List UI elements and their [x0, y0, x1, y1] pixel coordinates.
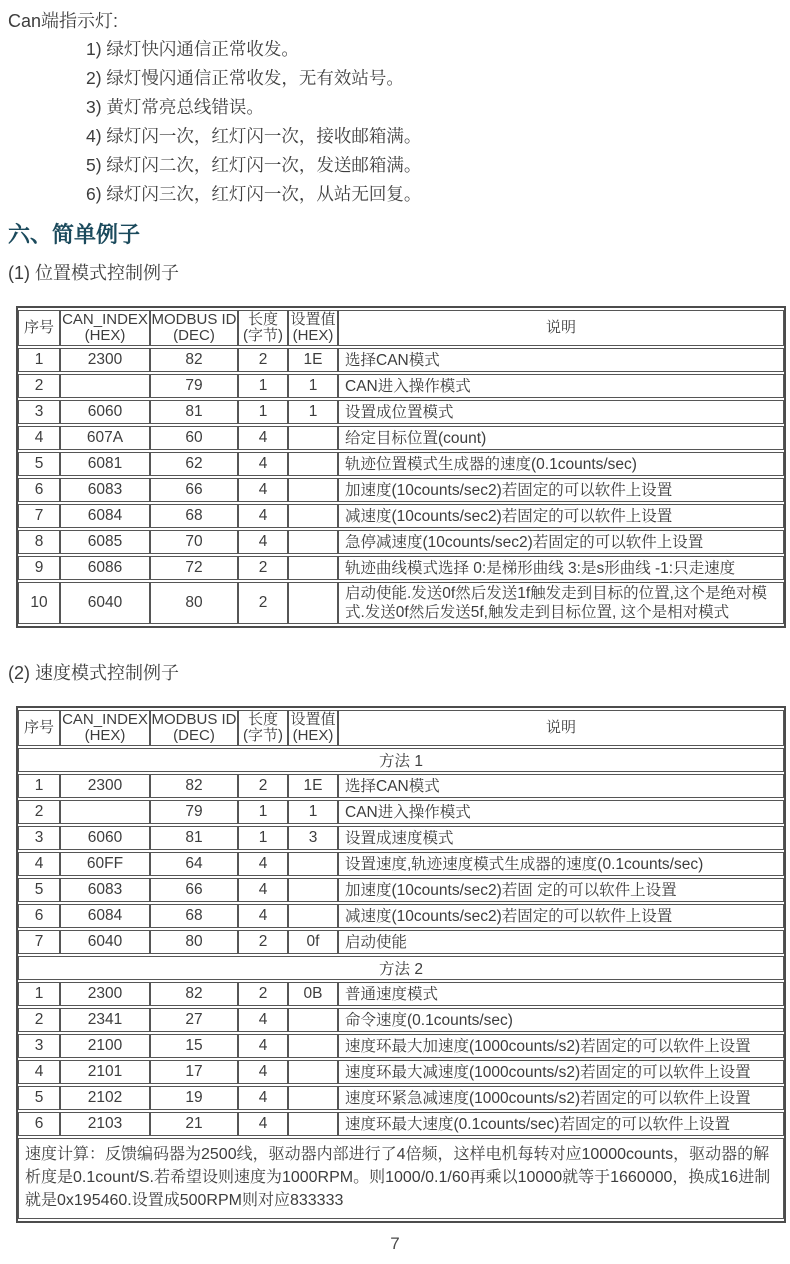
value-cell: [288, 1086, 338, 1110]
value-cell: 10: [18, 582, 60, 624]
value-cell: 2300: [60, 774, 150, 798]
description-cell: 减速度(10counts/sec2)若固定的可以软件上设置: [338, 904, 784, 928]
description-cell: 设置速度,轨迹速度模式生成器的速度(0.1counts/sec): [338, 852, 784, 876]
value-cell: 3: [288, 826, 338, 850]
value-cell: 81: [150, 826, 238, 850]
table-row: 460FF644设置速度,轨迹速度模式生成器的速度(0.1counts/sec): [18, 852, 784, 876]
table-row: 123008220B普通速度模式: [18, 982, 784, 1006]
col-header-modbus-id: MODBUS ID(DEC): [150, 310, 238, 346]
table-header-row: 序号 CAN_INDEX(HEX) MODBUS ID(DEC) 长度(字节) …: [18, 710, 784, 746]
value-cell: 1: [18, 982, 60, 1006]
value-cell: 1: [18, 348, 60, 372]
value-cell: 79: [150, 800, 238, 824]
value-cell: 2: [238, 774, 288, 798]
value-cell: 4: [238, 530, 288, 554]
value-cell: 2300: [60, 982, 150, 1006]
can-indicator-title: Can端指示灯:: [8, 7, 790, 35]
table-row: 123008221E选择CAN模式: [18, 348, 784, 372]
table-row: 62103214速度环最大速度(0.1counts/sec)若固定的可以软件上设…: [18, 1112, 784, 1136]
value-cell: [288, 530, 338, 554]
value-cell: 2: [18, 1008, 60, 1032]
value-cell: 6060: [60, 400, 150, 424]
table-row: 76084684减速度(10counts/sec2)若固定的可以软件上设置: [18, 504, 784, 528]
value-cell: 1: [238, 374, 288, 398]
value-cell: [288, 1008, 338, 1032]
table-row: 66083664加速度(10counts/sec2)若固定的可以软件上设置: [18, 478, 784, 502]
col-header-description: 说明: [338, 710, 784, 746]
method-row: 方法 1: [18, 748, 784, 772]
description-cell: 设置成速度模式: [338, 826, 784, 850]
value-cell: 62: [150, 452, 238, 476]
value-cell: 3: [18, 400, 60, 424]
col-header-description: 说明: [338, 310, 784, 346]
value-cell: [288, 582, 338, 624]
value-cell: 4: [18, 426, 60, 450]
value-cell: [60, 800, 150, 824]
col-header-set-value: 设置值(HEX): [288, 710, 338, 746]
value-cell: 6: [18, 904, 60, 928]
value-cell: 68: [150, 504, 238, 528]
value-cell: 4: [238, 1008, 288, 1032]
value-cell: 607A: [60, 426, 150, 450]
description-cell: 命令速度(0.1counts/sec): [338, 1008, 784, 1032]
value-cell: 4: [18, 1060, 60, 1084]
value-cell: 6083: [60, 878, 150, 902]
value-cell: [288, 426, 338, 450]
col-header-set-value: 设置值(HEX): [288, 310, 338, 346]
can-indicator-section: Can端指示灯: 1) 绿灯快闪通信正常收发。 2) 绿灯慢闪通信正常收发，无有…: [0, 0, 790, 209]
value-cell: 2341: [60, 1008, 150, 1032]
list-item: 3) 黄灯常亮总线错误。: [86, 93, 790, 122]
value-cell: 2: [238, 930, 288, 954]
value-cell: 4: [238, 452, 288, 476]
value-cell: 6040: [60, 582, 150, 624]
table-row: 66084684减速度(10counts/sec2)若固定的可以软件上设置: [18, 904, 784, 928]
value-cell: 60FF: [60, 852, 150, 876]
value-cell: 4: [238, 426, 288, 450]
table-row: 27911CAN进入操作模式: [18, 374, 784, 398]
value-cell: 70: [150, 530, 238, 554]
value-cell: 82: [150, 774, 238, 798]
description-cell: 轨迹曲线模式选择 0:是梯形曲线 3:是s形曲线 -1:只走速度: [338, 556, 784, 580]
table-row: 360608111设置成位置模式: [18, 400, 784, 424]
value-cell: 0B: [288, 982, 338, 1006]
value-cell: [288, 1060, 338, 1084]
value-cell: 6: [18, 1112, 60, 1136]
value-cell: 2102: [60, 1086, 150, 1110]
value-cell: [288, 878, 338, 902]
value-cell: 6085: [60, 530, 150, 554]
value-cell: 2: [18, 800, 60, 824]
value-cell: 64: [150, 852, 238, 876]
table-row: 760408020f启动使能: [18, 930, 784, 954]
speed-example-table: 序号 CAN_INDEX(HEX) MODBUS ID(DEC) 长度(字节) …: [16, 706, 786, 1223]
value-cell: 2: [18, 374, 60, 398]
table-row: 27911CAN进入操作模式: [18, 800, 784, 824]
value-cell: 68: [150, 904, 238, 928]
value-cell: 82: [150, 982, 238, 1006]
value-cell: 1: [18, 774, 60, 798]
value-cell: 1E: [288, 774, 338, 798]
document-page: Can端指示灯: 1) 绿灯快闪通信正常收发。 2) 绿灯慢闪通信正常收发，无有…: [0, 0, 790, 1264]
value-cell: 2300: [60, 348, 150, 372]
value-cell: 0f: [288, 930, 338, 954]
value-cell: 8: [18, 530, 60, 554]
value-cell: [288, 852, 338, 876]
list-item: 4) 绿灯闪一次，红灯闪一次，接收邮箱满。: [86, 122, 790, 151]
value-cell: 27: [150, 1008, 238, 1032]
table-row: 32100154速度环最大加速度(1000counts/s2)若固定的可以软件上…: [18, 1034, 784, 1058]
value-cell: 1: [238, 400, 288, 424]
table-row: 22341274命令速度(0.1counts/sec): [18, 1008, 784, 1032]
value-cell: [60, 374, 150, 398]
value-cell: 4: [238, 852, 288, 876]
value-cell: 6083: [60, 478, 150, 502]
value-cell: 6084: [60, 504, 150, 528]
value-cell: 2: [238, 556, 288, 580]
value-cell: 6040: [60, 930, 150, 954]
value-cell: 21: [150, 1112, 238, 1136]
description-cell: 速度环最大速度(0.1counts/sec)若固定的可以软件上设置: [338, 1112, 784, 1136]
value-cell: 1: [238, 800, 288, 824]
description-cell: 急停减速度(10counts/sec2)若固定的可以软件上设置: [338, 530, 784, 554]
value-cell: [288, 452, 338, 476]
description-cell: 速度环最大减速度(1000counts/s2)若固定的可以软件上设置: [338, 1060, 784, 1084]
example2-title: (2) 速度模式控制例子: [8, 661, 790, 685]
description-cell: 选择CAN模式: [338, 348, 784, 372]
value-cell: 60: [150, 426, 238, 450]
page-number: 7: [0, 1234, 790, 1254]
value-cell: 66: [150, 878, 238, 902]
value-cell: 72: [150, 556, 238, 580]
value-cell: 80: [150, 582, 238, 624]
position-example-table: 序号 CAN_INDEX(HEX) MODBUS ID(DEC) 长度(字节) …: [16, 306, 786, 628]
value-cell: 4: [238, 1034, 288, 1058]
value-cell: 1: [288, 374, 338, 398]
description-cell: 加速度(10counts/sec2)若固 定的可以软件上设置: [338, 878, 784, 902]
value-cell: 5: [18, 878, 60, 902]
note-row: 速度计算：反馈编码器为2500线，驱动器内部进行了4倍频，这样电机每转对应100…: [18, 1138, 784, 1219]
table-row: 56081624轨迹位置模式生成器的速度(0.1counts/sec): [18, 452, 784, 476]
col-header-seq: 序号: [18, 710, 60, 746]
value-cell: 82: [150, 348, 238, 372]
description-cell: 普通速度模式: [338, 982, 784, 1006]
table-row: 360608113设置成速度模式: [18, 826, 784, 850]
col-header-can-index: CAN_INDEX(HEX): [60, 710, 150, 746]
value-cell: 2: [238, 982, 288, 1006]
table-row: 52102194速度环紧急减速度(1000counts/s2)若固定的可以软件上…: [18, 1086, 784, 1110]
col-header-length: 长度(字节): [238, 710, 288, 746]
value-cell: 4: [238, 1060, 288, 1084]
value-cell: 1: [238, 826, 288, 850]
col-header-modbus-id: MODBUS ID(DEC): [150, 710, 238, 746]
description-cell: 加速度(10counts/sec2)若固定的可以软件上设置: [338, 478, 784, 502]
value-cell: 4: [238, 904, 288, 928]
method-label: 方法 2: [18, 956, 784, 980]
value-cell: 6084: [60, 904, 150, 928]
value-cell: 80: [150, 930, 238, 954]
value-cell: 6081: [60, 452, 150, 476]
value-cell: [288, 504, 338, 528]
value-cell: 2101: [60, 1060, 150, 1084]
value-cell: 9: [18, 556, 60, 580]
value-cell: 2: [238, 348, 288, 372]
value-cell: 66: [150, 478, 238, 502]
description-cell: 设置成位置模式: [338, 400, 784, 424]
description-cell: 给定目标位置(count): [338, 426, 784, 450]
value-cell: 2103: [60, 1112, 150, 1136]
value-cell: [288, 478, 338, 502]
table-row: 42101174速度环最大减速度(1000counts/s2)若固定的可以软件上…: [18, 1060, 784, 1084]
table-row: 123008221E选择CAN模式: [18, 774, 784, 798]
value-cell: [288, 1034, 338, 1058]
col-header-length: 长度(字节): [238, 310, 288, 346]
description-cell: 轨迹位置模式生成器的速度(0.1counts/sec): [338, 452, 784, 476]
value-cell: 81: [150, 400, 238, 424]
list-item: 2) 绿灯慢闪通信正常收发，无有效站号。: [86, 64, 790, 93]
value-cell: 1E: [288, 348, 338, 372]
description-cell: 减速度(10counts/sec2)若固定的可以软件上设置: [338, 504, 784, 528]
value-cell: 4: [238, 1086, 288, 1110]
list-item: 5) 绿灯闪二次，红灯闪一次，发送邮箱满。: [86, 151, 790, 180]
value-cell: 4: [238, 478, 288, 502]
value-cell: 2: [238, 582, 288, 624]
example1-title: (1) 位置模式控制例子: [8, 261, 790, 285]
table-row: 106040802启动使能.发送0f然后发送1f触发走到目标的位置,这个是绝对模…: [18, 582, 784, 624]
description-cell: 启动使能: [338, 930, 784, 954]
value-cell: 1: [288, 800, 338, 824]
value-cell: 6086: [60, 556, 150, 580]
table-header-row: 序号 CAN_INDEX(HEX) MODBUS ID(DEC) 长度(字节) …: [18, 310, 784, 346]
list-item: 1) 绿灯快闪通信正常收发。: [86, 35, 790, 64]
col-header-can-index: CAN_INDEX(HEX): [60, 310, 150, 346]
value-cell: [288, 1112, 338, 1136]
description-cell: 速度环紧急减速度(1000counts/s2)若固定的可以软件上设置: [338, 1086, 784, 1110]
value-cell: [288, 904, 338, 928]
value-cell: 3: [18, 826, 60, 850]
section-title: 六、简单例子: [8, 221, 790, 249]
value-cell: 15: [150, 1034, 238, 1058]
description-cell: 启动使能.发送0f然后发送1f触发走到目标的位置,这个是绝对模式.发送0f然后发…: [338, 582, 784, 624]
can-indicator-list: 1) 绿灯快闪通信正常收发。 2) 绿灯慢闪通信正常收发，无有效站号。 3) 黄…: [86, 35, 790, 209]
value-cell: 4: [238, 1112, 288, 1136]
value-cell: 1: [288, 400, 338, 424]
value-cell: 5: [18, 1086, 60, 1110]
value-cell: 79: [150, 374, 238, 398]
value-cell: 4: [238, 504, 288, 528]
value-cell: 7: [18, 504, 60, 528]
value-cell: 4: [238, 878, 288, 902]
note-text: 速度计算：反馈编码器为2500线，驱动器内部进行了4倍频，这样电机每转对应100…: [18, 1138, 784, 1219]
value-cell: 7: [18, 930, 60, 954]
description-cell: CAN进入操作模式: [338, 800, 784, 824]
method-row: 方法 2: [18, 956, 784, 980]
table-row: 96086722轨迹曲线模式选择 0:是梯形曲线 3:是s形曲线 -1:只走速度: [18, 556, 784, 580]
value-cell: 17: [150, 1060, 238, 1084]
value-cell: 5: [18, 452, 60, 476]
table-row: 4607A604给定目标位置(count): [18, 426, 784, 450]
table-row: 56083664加速度(10counts/sec2)若固 定的可以软件上设置: [18, 878, 784, 902]
method-label: 方法 1: [18, 748, 784, 772]
description-cell: 选择CAN模式: [338, 774, 784, 798]
value-cell: 3: [18, 1034, 60, 1058]
value-cell: 4: [18, 852, 60, 876]
list-item: 6) 绿灯闪三次，红灯闪一次，从站无回复。: [86, 180, 790, 209]
description-cell: 速度环最大加速度(1000counts/s2)若固定的可以软件上设置: [338, 1034, 784, 1058]
value-cell: 6060: [60, 826, 150, 850]
col-header-seq: 序号: [18, 310, 60, 346]
value-cell: 6: [18, 478, 60, 502]
value-cell: 19: [150, 1086, 238, 1110]
value-cell: 2100: [60, 1034, 150, 1058]
value-cell: [288, 556, 338, 580]
description-cell: CAN进入操作模式: [338, 374, 784, 398]
table-row: 86085704急停减速度(10counts/sec2)若固定的可以软件上设置: [18, 530, 784, 554]
